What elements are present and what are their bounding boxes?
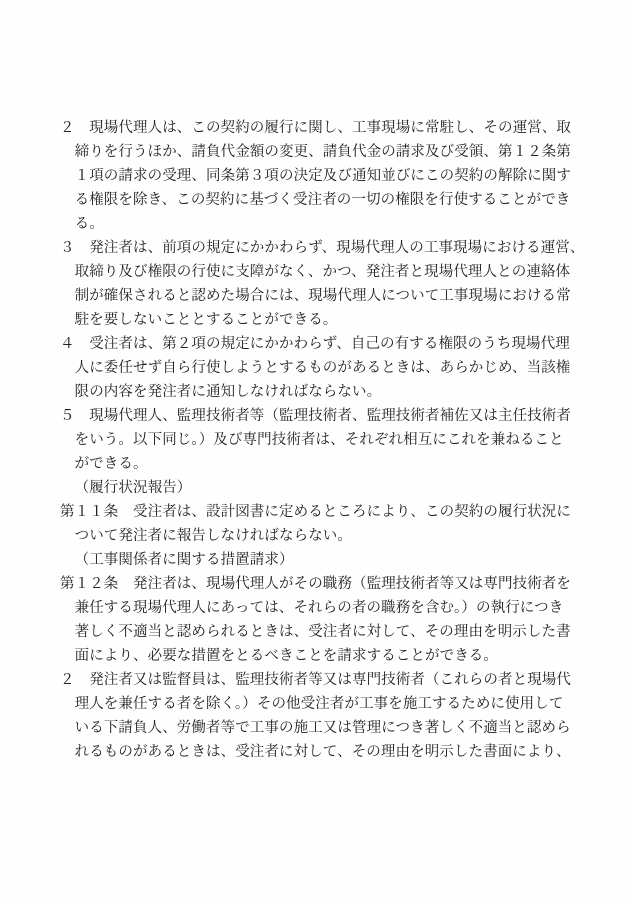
- document-line: 取締り及び権限の行使に支障がなく、かつ、発注者と現場代理人との連絡体: [60, 260, 576, 284]
- document-line: （履行状況報告）: [60, 476, 576, 500]
- line-text: 受注者は、設計図書に定めるところにより、この契約の履行状況に: [133, 504, 571, 520]
- line-text: 理人を兼任する者を除く。）その他受注者が工事を施工するために使用して: [75, 696, 564, 712]
- line-text: 駐を要しないこととすることができる。: [75, 312, 338, 328]
- article-paragraph: 第１２条発注者は、現場代理人がその職務（監理技術者等又は専門技術者を兼任する現場…: [60, 572, 576, 668]
- line-text: れるものがあるときは、受注者に対して、その理由を明示した書面により、: [75, 744, 571, 760]
- line-text: 発注者は、現場代理人がその職務（監理技術者等又は専門技術者を: [133, 576, 571, 592]
- line-text: 面により、必要な措置をとるべきことを請求することができる。: [75, 648, 498, 664]
- article-number-label: 第１２条: [60, 572, 133, 596]
- numbered-paragraph: ５現場代理人、監理技術者等（監理技術者、監理技術者補佐又は主任技術者をいう。以下…: [60, 404, 576, 476]
- document-line: 面により、必要な措置をとるべきことを請求することができる。: [60, 644, 576, 668]
- document-line: ２現場代理人は、この契約の履行に関し、工事現場に常駐し、その運営、取: [60, 116, 576, 140]
- paragraph-number-label: ４: [60, 332, 89, 356]
- document-line: をいう。以下同じ。）及び専門技術者は、それぞれ相互にこれを兼ねること: [60, 428, 576, 452]
- document-line: ４受注者は、第２項の規定にかかわらず、自己の有する権限のうち現場代理: [60, 332, 576, 356]
- document-line: １項の請求の受理、同条第３項の決定及び通知並びにこの契約の解除に関す: [60, 164, 576, 188]
- paragraph-number-label: ３: [60, 236, 89, 260]
- article-heading: （工事関係者に関する措置請求）: [60, 548, 576, 572]
- document-line: 理人を兼任する者を除く。）その他受注者が工事を施工するために使用して: [60, 692, 576, 716]
- line-text: をいう。以下同じ。）及び専門技術者は、それぞれ相互にこれを兼ねること: [75, 432, 564, 448]
- line-text: 著しく不適当と認められるときは、受注者に対して、その理由を明示した書: [75, 624, 571, 640]
- document-line: れるものがあるときは、受注者に対して、その理由を明示した書面により、: [60, 740, 576, 764]
- paragraph-number-label: ２: [60, 116, 89, 140]
- line-text: いる下請負人、労働者等で工事の施工又は管理につき著しく不適当と認めら: [75, 720, 571, 736]
- document-line: ５現場代理人、監理技術者等（監理技術者、監理技術者補佐又は主任技術者: [60, 404, 576, 428]
- paragraph-number-label: ２: [60, 668, 89, 692]
- document-line: 制が確保されると認めた場合には、現場代理人について工事現場における常: [60, 284, 576, 308]
- line-text: 兼任する現場代理人にあっては、それらの者の職務を含む。）の執行につき: [75, 600, 564, 616]
- line-text: る。: [75, 216, 104, 232]
- article-paragraph: 第１１条受注者は、設計図書に定めるところにより、この契約の履行状況について発注者…: [60, 500, 576, 548]
- document-line: ２発注者又は監督員は、監理技術者等又は専門技術者（これらの者と現場代: [60, 668, 576, 692]
- document-line: いる下請負人、労働者等で工事の施工又は管理につき著しく不適当と認めら: [60, 716, 576, 740]
- document-line: （工事関係者に関する措置請求）: [60, 548, 576, 572]
- document-line: 駐を要しないこととすることができる。: [60, 308, 576, 332]
- line-text: 制が確保されると認めた場合には、現場代理人について工事現場における常: [75, 288, 571, 304]
- document-line: 第１１条受注者は、設計図書に定めるところにより、この契約の履行状況に: [60, 500, 576, 524]
- numbered-paragraph: ２現場代理人は、この契約の履行に関し、工事現場に常駐し、その運営、取締りを行うほ…: [60, 116, 576, 236]
- document-line: 著しく不適当と認められるときは、受注者に対して、その理由を明示した書: [60, 620, 576, 644]
- line-text: 発注者は、前項の規定にかかわらず、現場代理人の工事現場における運営、: [89, 240, 584, 256]
- paragraph-number-label: ５: [60, 404, 89, 428]
- document-line: る権限を除き、この契約に基づく受注者の一切の権限を行使することができ: [60, 188, 576, 212]
- line-text: （工事関係者に関する措置請求）: [75, 552, 294, 568]
- line-text: 現場代理人は、この契約の履行に関し、工事現場に常駐し、その運営、取: [89, 120, 571, 136]
- line-text: 取締り及び権限の行使に支障がなく、かつ、発注者と現場代理人との連絡体: [75, 264, 571, 280]
- line-text: ができる。: [75, 456, 148, 472]
- line-text: １項の請求の受理、同条第３項の決定及び通知並びにこの契約の解除に関す: [75, 168, 571, 184]
- numbered-paragraph: ４受注者は、第２項の規定にかかわらず、自己の有する権限のうち現場代理人に委任せず…: [60, 332, 576, 404]
- document-line: 兼任する現場代理人にあっては、それらの者の職務を含む。）の執行につき: [60, 596, 576, 620]
- line-text: 現場代理人、監理技術者等（監理技術者、監理技術者補佐又は主任技術者: [89, 408, 571, 424]
- document-line: 人に委任せず自ら行使しようとするものがあるときは、あらかじめ、当該権: [60, 356, 576, 380]
- article-number-label: 第１１条: [60, 500, 133, 524]
- numbered-paragraph: ３発注者は、前項の規定にかかわらず、現場代理人の工事現場における運営、取締り及び…: [60, 236, 576, 332]
- document-line: 限の内容を発注者に通知しなければならない。: [60, 380, 576, 404]
- document-line: ついて発注者に報告しなければならない。: [60, 524, 576, 548]
- document-line: 締りを行うほか、請負代金額の変更、請負代金の請求及び受領、第１２条第: [60, 140, 576, 164]
- document-body: ２現場代理人は、この契約の履行に関し、工事現場に常駐し、その運営、取締りを行うほ…: [60, 116, 576, 764]
- line-text: 締りを行うほか、請負代金額の変更、請負代金の請求及び受領、第１２条第: [75, 144, 571, 160]
- line-text: 人に委任せず自ら行使しようとするものがあるときは、あらかじめ、当該権: [75, 360, 571, 376]
- document-line: ができる。: [60, 452, 576, 476]
- document-line: ３発注者は、前項の規定にかかわらず、現場代理人の工事現場における運営、: [60, 236, 576, 260]
- article-heading: （履行状況報告）: [60, 476, 576, 500]
- line-text: （履行状況報告）: [75, 480, 192, 496]
- line-text: る権限を除き、この契約に基づく受注者の一切の権限を行使することができ: [75, 192, 571, 208]
- line-text: 受注者は、第２項の規定にかかわらず、自己の有する権限のうち現場代理: [89, 336, 570, 352]
- numbered-paragraph: ２発注者又は監督員は、監理技術者等又は専門技術者（これらの者と現場代理人を兼任す…: [60, 668, 576, 764]
- document-line: 第１２条発注者は、現場代理人がその職務（監理技術者等又は専門技術者を: [60, 572, 576, 596]
- line-text: 発注者又は監督員は、監理技術者等又は専門技術者（これらの者と現場代: [89, 672, 571, 688]
- document-line: る。: [60, 212, 576, 236]
- document-page: ２現場代理人は、この契約の履行に関し、工事現場に常駐し、その運営、取締りを行うほ…: [0, 0, 630, 903]
- line-text: 限の内容を発注者に通知しなければならない。: [75, 384, 382, 400]
- line-text: ついて発注者に報告しなければならない。: [75, 528, 352, 544]
